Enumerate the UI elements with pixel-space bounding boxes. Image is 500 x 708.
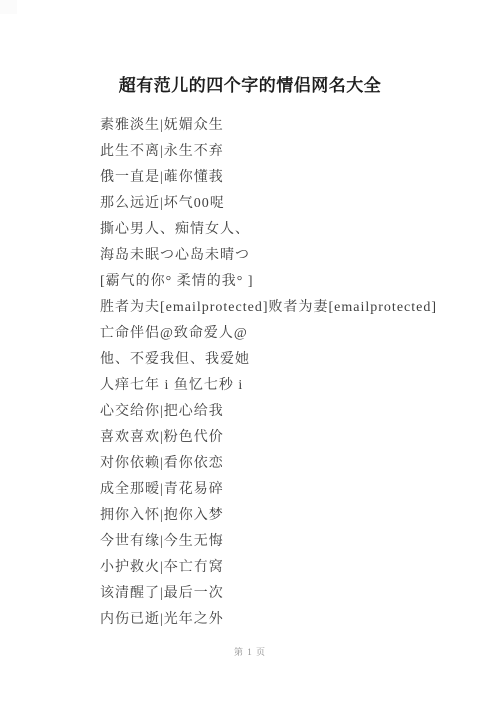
page-title: 超有范儿的四个字的情侣网名大全: [0, 71, 500, 96]
scan-artifact: [0, 0, 17, 14]
list-item: 心交给你|把心给我: [100, 399, 470, 425]
list-item: 喜欢喜欢|粉色代价: [100, 425, 470, 451]
list-item: 该清醒了|最后一次: [100, 581, 470, 607]
nickname-list: 素雅淡生|妩媚众生 此生不离|永生不弃 俄一直是|蓶你懂莪 那么远近|坏气00哫…: [100, 113, 470, 633]
list-item: 海岛未眠つ心岛未晴つ: [100, 243, 470, 269]
list-item: 成全那暧|青花易碎: [100, 477, 470, 503]
list-item: 素雅淡生|妩媚众生: [100, 113, 470, 139]
document-page: 超有范儿的四个字的情侣网名大全 素雅淡生|妩媚众生 此生不离|永生不弃 俄一直是…: [0, 0, 500, 708]
list-item: 撕心男人、痴情女人、: [100, 217, 470, 243]
list-item: 内伤已逝|光年之外: [100, 607, 470, 633]
list-item: 亡命伴侣@致命爱人@: [100, 321, 470, 347]
page-number: 第 1 页: [0, 645, 500, 658]
list-item: 拥你入怀|抱你入梦: [100, 503, 470, 529]
list-item: 那么远近|坏气00哫: [100, 191, 470, 217]
list-item: 今世有缘|今生无悔: [100, 529, 470, 555]
list-item: 小护救火|夲亡冇窝: [100, 555, 470, 581]
list-item: 他、不爱我但、我爱她: [100, 347, 470, 373]
list-item: 对你依赖|看你依恋: [100, 451, 470, 477]
list-item: 人痒七年 i 鱼忆七秒 i: [100, 373, 470, 399]
list-item: 胜者为夫[emailprotected]败者为妻[emailprotected]: [100, 295, 470, 321]
list-item: [霸气的你° 柔情的我° ]: [100, 269, 470, 295]
list-item: 此生不离|永生不弃: [100, 139, 470, 165]
list-item: 俄一直是|蓶你懂莪: [100, 165, 470, 191]
